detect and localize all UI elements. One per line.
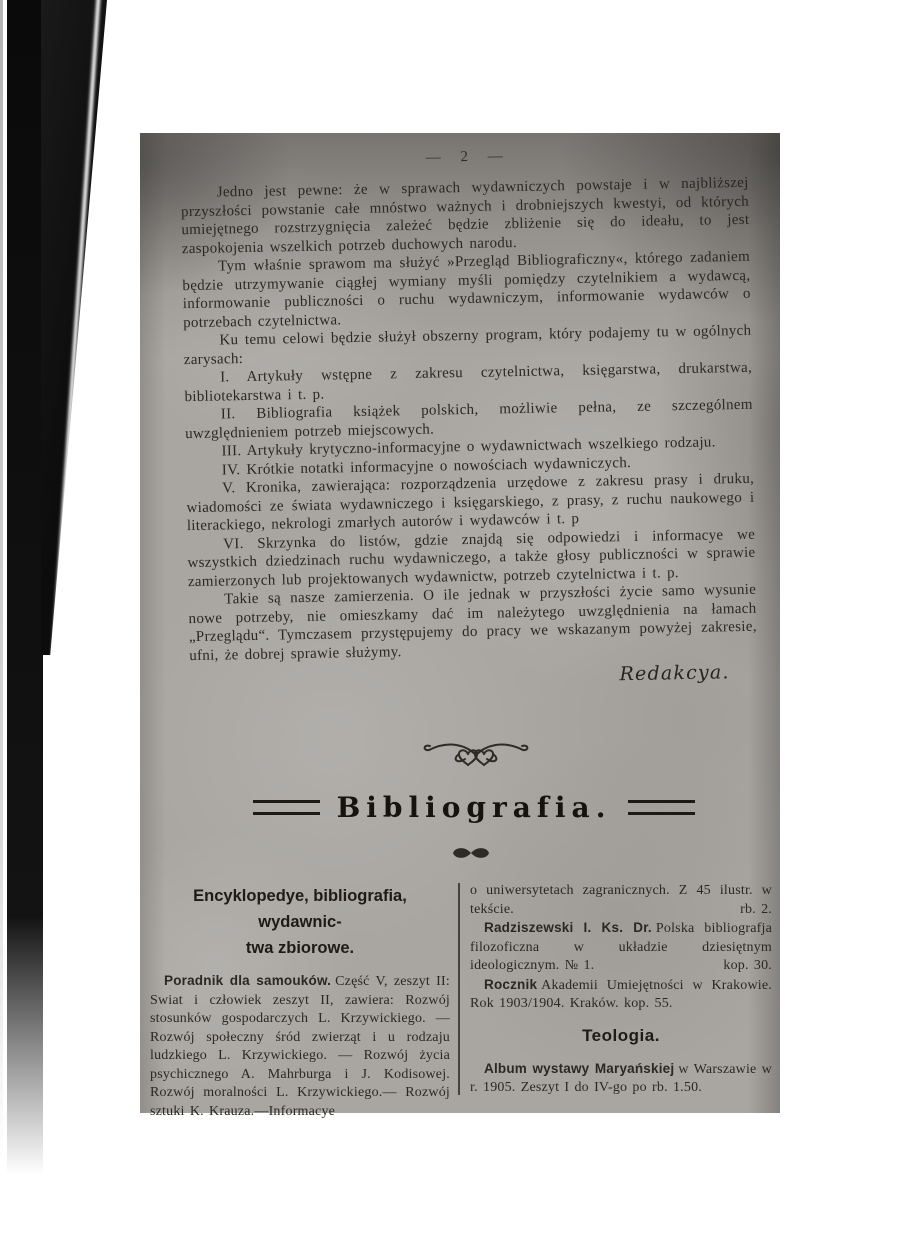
bibliography-entry: Album wystawy Maryańskiejw Warszawie w r… xyxy=(470,1060,772,1098)
column-left: Encyklopedye, bibliografia, wydawnic- tw… xyxy=(150,883,450,1121)
category-heading: Encyklopedye, bibliografia, wydawnic- tw… xyxy=(150,883,450,961)
scan-shadow-strip xyxy=(7,0,43,1175)
bibliography-entry: Poradnik dla samouków.Część V, zeszyt II… xyxy=(150,972,450,1121)
entry-price: rb. 2. xyxy=(740,901,772,920)
scanned-page-photo: — 2 — Jedno jest pewne: że w sprawach wy… xyxy=(0,0,920,1260)
column-divider-rule xyxy=(458,883,460,1095)
entry-text: Część V, zeszyt II: Swiat i człowiek zes… xyxy=(150,974,450,1119)
bibliography-entry: Radziszewski I. Ks. Dr.Polska bibliograf… xyxy=(470,919,772,976)
entry-lead: Album wystawy Maryańskiej xyxy=(484,1061,674,1076)
program-item: V. Kronika, zawierająca: rozporządzenia … xyxy=(186,470,755,536)
category-heading-line2: twa zbiorowe. xyxy=(150,935,450,961)
section-title: Bibliografia. xyxy=(337,791,612,824)
book-page: — 2 — Jedno jest pewne: że w sprawach wy… xyxy=(140,133,780,1113)
bow-ornament xyxy=(452,845,490,861)
bibliography-columns: Encyklopedye, bibliografia, wydawnic- tw… xyxy=(150,881,772,1103)
intro-paragraph: Jedno jest pewne: że w sprawach wydawnic… xyxy=(181,174,750,258)
entry-lead: Poradnik dla samouków. xyxy=(164,973,331,988)
scan-edge-line xyxy=(0,0,3,1160)
closing-paragraph: Takie są nasze zamierzenia. O ile jednak… xyxy=(188,581,757,665)
entry-text: o uniwersytetach zagranicznych. Z 45 ilu… xyxy=(470,883,772,917)
double-rule-right xyxy=(628,800,695,815)
category-heading-teologia: Teologia. xyxy=(470,1026,772,1046)
double-rule-left xyxy=(253,800,320,815)
bibliografia-heading: Bibliografia. xyxy=(154,791,794,824)
bibliography-entry: o uniwersytetach zagranicznych. Z 45 ilu… xyxy=(470,881,772,919)
program-item: VI. Skrzynka do listów, gdzie znajdą się… xyxy=(187,525,756,591)
entry-lead: Radziszewski I. Ks. Dr. xyxy=(484,920,652,935)
entry-lead: Rocznik xyxy=(484,977,537,992)
intro-section: — 2 — Jedno jest pewne: że w sprawach wy… xyxy=(180,144,758,693)
category-heading-line1: Encyklopedye, bibliografia, wydawnic- xyxy=(150,883,450,935)
column-right: o uniwersytetach zagranicznych. Z 45 ilu… xyxy=(470,881,772,1098)
page-number: — 2 — xyxy=(180,144,748,171)
bibliography-entry: RocznikAkademii Umiejętności w Krakowie.… xyxy=(470,976,772,1014)
editorial-signature: Redakcya. xyxy=(190,661,758,693)
hearts-flourish-ornament xyxy=(421,737,531,769)
intro-paragraph: Tym właśnie sprawom ma służyć »Przegląd … xyxy=(182,248,751,332)
entry-price: kop. 30. xyxy=(709,957,772,976)
